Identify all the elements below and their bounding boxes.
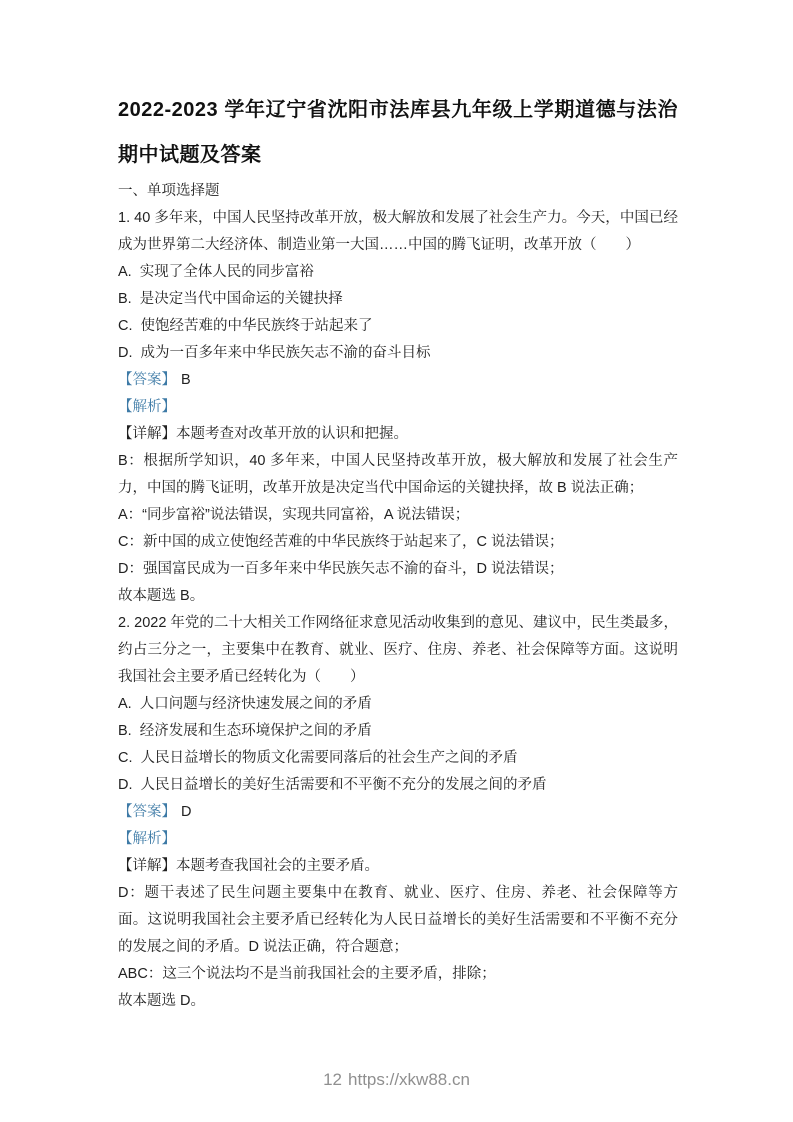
question-2-option-b: B. 经济发展和生态环境保护之间的矛盾 <box>118 718 678 745</box>
question-2-option-c: C. 人民日益增长的物质文化需要同落后的社会生产之间的矛盾 <box>118 745 678 772</box>
question-1-detail-b: B：根据所学知识，40 多年来，中国人民坚持改革开放，极大解放和发展了社会生产力… <box>118 448 678 502</box>
analysis-label: 【解析】 <box>118 399 176 415</box>
analysis-label: 【解析】 <box>118 831 176 847</box>
document-title: 2022-2023 学年辽宁省沈阳市法库县九年级上学期道德与法治期中试题及答案 <box>118 88 678 178</box>
question-2-detail-intro: 【详解】本题考查我国社会的主要矛盾。 <box>118 853 678 880</box>
question-1-answer-line: 【答案】B <box>118 367 678 394</box>
question-2-analysis-line: 【解析】 <box>118 826 678 853</box>
section-header: 一、单项选择题 <box>118 178 678 205</box>
question-2-conclusion: 故本题选 D。 <box>118 988 678 1015</box>
answer-label: 【答案】 <box>118 804 176 820</box>
question-2-option-d: D. 人民日益增长的美好生活需要和不平衡不充分的发展之间的矛盾 <box>118 772 678 799</box>
question-1-option-d: D. 成为一百多年来中华民族矢志不渝的奋斗目标 <box>118 340 678 367</box>
question-1-detail-intro: 【详解】本题考查对改革开放的认识和把握。 <box>118 421 678 448</box>
question-1-conclusion: 故本题选 B。 <box>118 583 678 610</box>
page-number: 12 <box>323 1070 342 1089</box>
document-page: 2022-2023 学年辽宁省沈阳市法库县九年级上学期道德与法治期中试题及答案 … <box>0 0 793 1122</box>
footer-url[interactable]: https://xkw88.cn <box>348 1070 470 1089</box>
question-1-option-a: A. 实现了全体人民的同步富裕 <box>118 259 678 286</box>
answer-label: 【答案】 <box>118 372 176 388</box>
question-1-option-b: B. 是决定当代中国命运的关键抉择 <box>118 286 678 313</box>
page-footer: 12https://xkw88.cn <box>0 1066 793 1093</box>
question-2-stem: 2. 2022 年党的二十大相关工作网络征求意见活动收集到的意见、建议中，民生类… <box>118 610 678 691</box>
question-1-analysis-line: 【解析】 <box>118 394 678 421</box>
question-1-detail-d: D：强国富民成为一百多年来中华民族矢志不渝的奋斗，D 说法错误； <box>118 556 678 583</box>
question-1-option-c: C. 使饱经苦难的中华民族终于站起来了 <box>118 313 678 340</box>
question-1-detail-a: A：“同步富裕”说法错误，实现共同富裕，A 说法错误； <box>118 502 678 529</box>
document-content: 2022-2023 学年辽宁省沈阳市法库县九年级上学期道德与法治期中试题及答案 … <box>118 88 678 1015</box>
question-2-answer-line: 【答案】D <box>118 799 678 826</box>
question-2-detail-abc: ABC：这三个说法均不是当前我国社会的主要矛盾，排除； <box>118 961 678 988</box>
question-1-detail-c: C：新中国的成立使饱经苦难的中华民族终于站起来了，C 说法错误； <box>118 529 678 556</box>
question-1-stem: 1. 40 多年来，中国人民坚持改革开放，极大解放和发展了社会生产力。今天，中国… <box>118 205 678 259</box>
question-2-answer-value: D <box>181 804 191 820</box>
question-block-1: 1. 40 多年来，中国人民坚持改革开放，极大解放和发展了社会生产力。今天，中国… <box>118 205 678 610</box>
question-1-answer-value: B <box>181 372 191 388</box>
question-2-detail-d: D：题干表述了民生问题主要集中在教育、就业、医疗、住房、养老、社会保障等方面。这… <box>118 880 678 961</box>
question-2-option-a: A. 人口问题与经济快速发展之间的矛盾 <box>118 691 678 718</box>
question-block-2: 2. 2022 年党的二十大相关工作网络征求意见活动收集到的意见、建议中，民生类… <box>118 610 678 1015</box>
